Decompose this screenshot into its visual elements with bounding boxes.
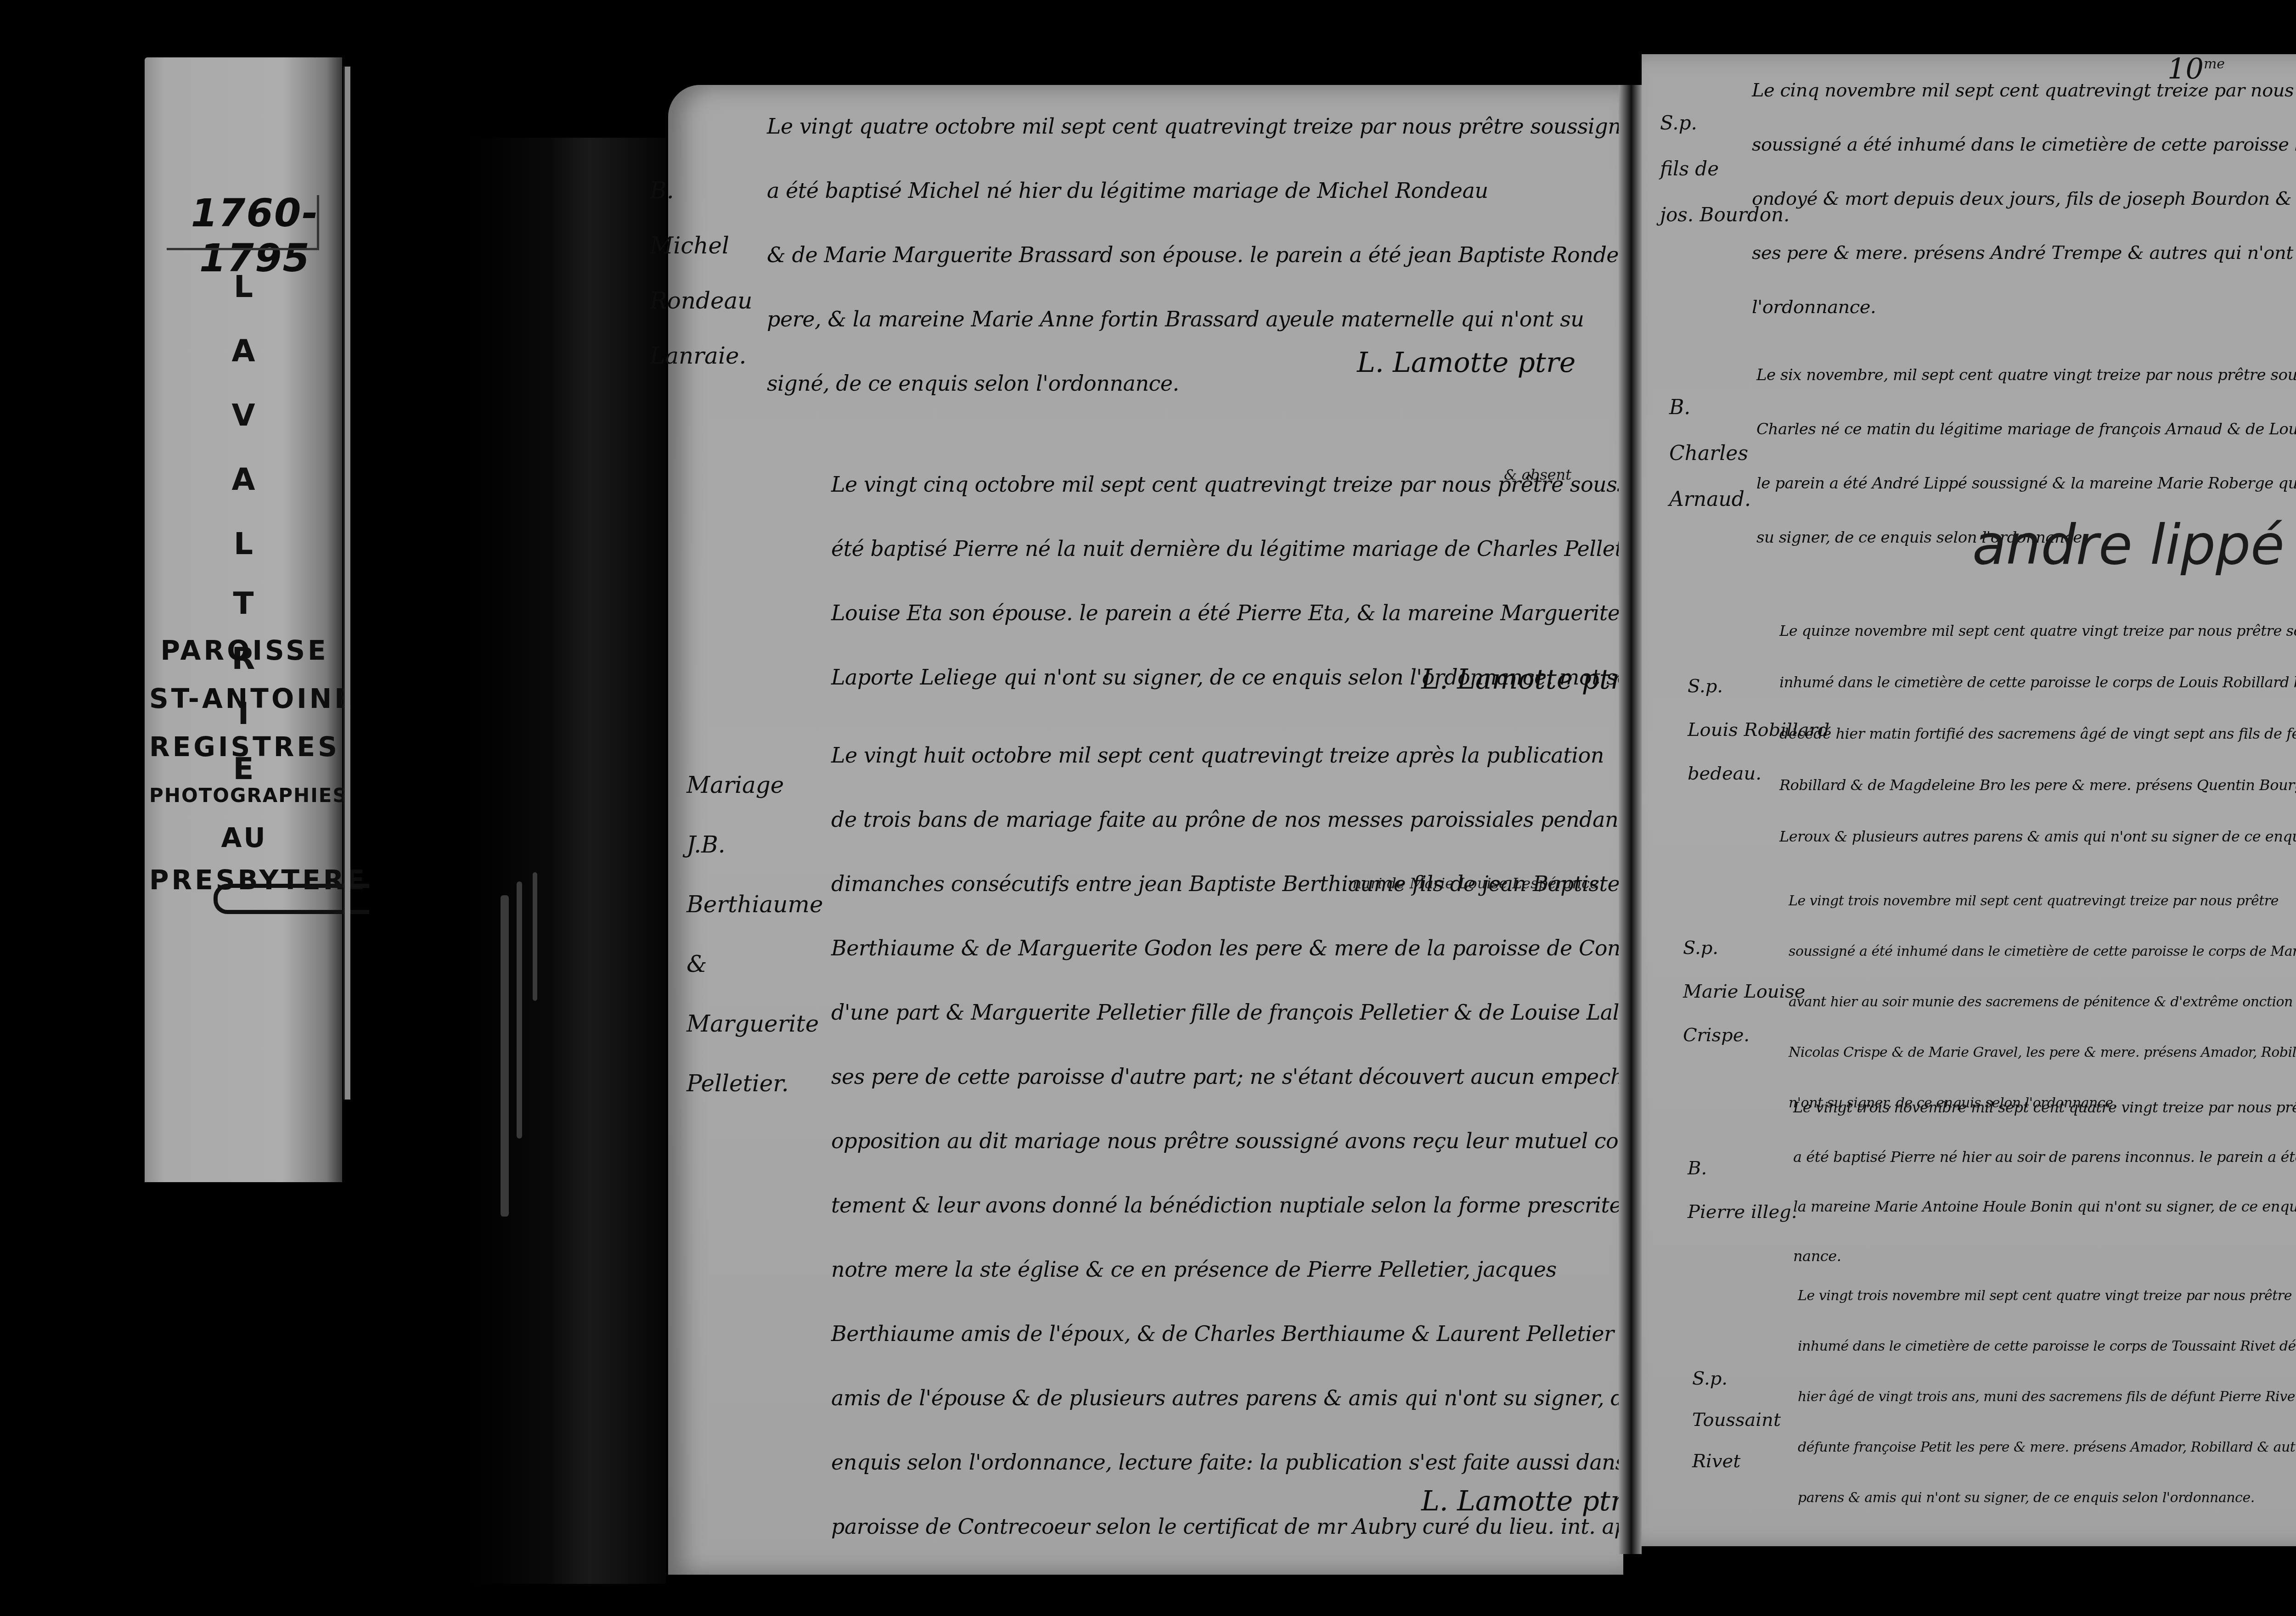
left-page: B. Michel Rondeau Lanraie. Le vingt quat… bbox=[668, 85, 1623, 1575]
spine-caption-line: AU bbox=[149, 819, 340, 856]
margin-note: B. Michel Rondeau Lanraie. bbox=[650, 163, 753, 383]
entry-line: soussigné a été inhumé dans le cimetière… bbox=[1752, 118, 2296, 172]
entry-line: Le vingt huit octobre mil sept cent quat… bbox=[831, 723, 1716, 787]
entry-line: parens & amis qui n'ont su signer, de ce… bbox=[1798, 1473, 2296, 1523]
entry-line: Le quinze novembre mil sept cent quatre … bbox=[1779, 605, 2296, 656]
entry-line: pere, & la mareine Marie Anne fortin Bra… bbox=[767, 287, 1644, 351]
margin-note-line: Marguerite bbox=[687, 994, 823, 1054]
spine-caption-line: PAROISSE bbox=[149, 627, 340, 675]
margin-note-line: Mariage bbox=[687, 755, 823, 815]
entry-line: a été baptisé Michel né hier du légitime… bbox=[767, 158, 1644, 223]
spine-letter: L bbox=[227, 512, 259, 576]
margin-note: Mariage J.B. Berthiaume & Marguerite Pel… bbox=[687, 755, 823, 1113]
entry-line: Le six novembre, mil sept cent quatre vi… bbox=[1756, 348, 2296, 402]
margin-note-line: Crispe. bbox=[1683, 1014, 1806, 1057]
margin-note-line: & bbox=[687, 934, 823, 994]
register-entry: Le quinze novembre mil sept cent quatre … bbox=[1779, 605, 2296, 862]
binding-thread bbox=[501, 895, 509, 1217]
margin-note-line: S.p. bbox=[1692, 1358, 1781, 1399]
entry-line: inhumé dans le cimetière de cette parois… bbox=[1798, 1321, 2296, 1372]
entry-line: de trois bans de mariage faite au prône … bbox=[831, 787, 1716, 852]
entry-line: inhumé dans le cimetière de cette parois… bbox=[1779, 656, 2296, 708]
margin-note-line: Marie Louise bbox=[1683, 970, 1806, 1014]
spine-letter: L bbox=[227, 255, 259, 319]
spine-caption: PAROISSE ST-ANTOINE REGISTRES PHOTOGRAPH… bbox=[149, 627, 340, 904]
spine-letter: T bbox=[227, 576, 259, 631]
spine-letter: A bbox=[227, 319, 259, 383]
entry-line: décédé hier matin fortifié des sacremens… bbox=[1779, 708, 2296, 759]
entry-line: ses pere de cette paroisse d'autre part;… bbox=[831, 1044, 1716, 1109]
margin-note-line: Pelletier. bbox=[687, 1054, 823, 1113]
entry-line: Robillard & de Magdeleine Bro les pere &… bbox=[1779, 759, 2296, 811]
spine-letter: A bbox=[227, 448, 259, 512]
entry-line: notre mere la ste église & ce en présenc… bbox=[831, 1237, 1716, 1302]
book-binding bbox=[473, 138, 666, 1584]
entry-line: Le cinq novembre mil sept cent quatrevin… bbox=[1752, 63, 2296, 118]
spine-letter: V bbox=[227, 383, 259, 448]
spine-place-name: L A V A L bbox=[227, 255, 259, 576]
years-box: 1760-1795 bbox=[154, 57, 331, 250]
spine-edge bbox=[343, 67, 350, 1100]
entry-line: été baptisé Pierre né la nuit dernière d… bbox=[831, 516, 1717, 581]
divider bbox=[317, 195, 319, 250]
entry-line: opposition au dit mariage nous prêtre so… bbox=[831, 1109, 1716, 1173]
entry-line: tement & leur avons donné la bénédiction… bbox=[831, 1173, 1716, 1237]
margin-note-line: Arnaud. bbox=[1669, 477, 1751, 522]
margin-note-line: Michel bbox=[650, 218, 753, 273]
witness-signature: andre lippé bbox=[1972, 513, 2285, 577]
entry-line: Berthiaume & de Marguerite Godon les per… bbox=[831, 916, 1716, 980]
page-gutter bbox=[1619, 85, 1642, 1554]
register-entry: Le vingt trois novembre mil sept cent qu… bbox=[1798, 1271, 2296, 1523]
entry-line: Le vingt cinq octobre mil sept cent quat… bbox=[831, 452, 1717, 516]
entry-line: d'une part & Marguerite Pelletier fille … bbox=[831, 980, 1716, 1044]
margin-note: B. Charles Arnaud. bbox=[1669, 385, 1751, 522]
entry-line: Le vingt quatre octobre mil sept cent qu… bbox=[767, 94, 1644, 158]
margin-note-line: S.p. bbox=[1683, 926, 1806, 970]
entry-line: Le vingt trois novembre mil sept cent qu… bbox=[1793, 1083, 2296, 1132]
margin-note: S.p. Toussaint Rivet bbox=[1692, 1358, 1781, 1482]
entry-line: Le vingt trois novembre mil sept cent qu… bbox=[1789, 876, 2296, 926]
margin-note-line: B. bbox=[1688, 1147, 1797, 1190]
entry-line: défunte françoise Petit les pere & mere.… bbox=[1798, 1422, 2296, 1473]
margin-note-line: Pierre illeg. bbox=[1688, 1190, 1797, 1234]
margin-note-line: B. bbox=[650, 163, 753, 218]
binding-thread bbox=[517, 881, 522, 1139]
entry-line: le parein a été André Lippé soussigné & … bbox=[1756, 456, 2296, 511]
spine-caption-line: PHOTOGRAPHIES bbox=[149, 771, 340, 819]
entry-line: l'ordonnance. bbox=[1752, 280, 2296, 334]
entry-line: & de Marie Marguerite Brassard son épous… bbox=[767, 223, 1644, 287]
spine-caption-line: REGISTRES bbox=[149, 723, 340, 771]
register-entry: Le cinq novembre mil sept cent quatrevin… bbox=[1752, 63, 2296, 334]
spine-label: 1760-1795 L A V A L T R I E PAROISSE ST-… bbox=[145, 57, 342, 1182]
margin-note: B. Pierre illeg. bbox=[1688, 1147, 1797, 1234]
entry-line: Berthiaume amis de l'époux, & de Charles… bbox=[831, 1302, 1716, 1366]
priest-signature: L. Lamotte ptre bbox=[1421, 1485, 1640, 1517]
margin-note-line: Rondeau bbox=[650, 273, 753, 328]
entry-line: a été baptisé Pierre né hier au soir de … bbox=[1793, 1132, 2296, 1182]
margin-note-line: Berthiaume bbox=[687, 875, 823, 934]
priest-signature: L. Lamotte ptre bbox=[1421, 663, 1640, 696]
divider bbox=[167, 248, 319, 250]
entry-line: Louise Eta son épouse. le parein a été P… bbox=[831, 581, 1717, 645]
entry-line: Leroux & plusieurs autres parens & amis … bbox=[1779, 811, 2296, 862]
right-page: 10me S.p. fils de jos. Bourdon. Le cinq … bbox=[1642, 54, 2296, 1546]
entry-line: Charles né ce matin du légitime mariage … bbox=[1756, 402, 2296, 456]
entry-line: enquis selon l'ordonnance, lecture faite… bbox=[831, 1430, 1716, 1494]
margin-note-line: Charles bbox=[1669, 431, 1751, 477]
entry-line: ses pere & mere. présens André Trempe & … bbox=[1752, 226, 2296, 280]
margin-note-line: J.B. bbox=[687, 815, 823, 875]
entry-line: hier âgé de vingt trois ans, muni des sa… bbox=[1798, 1372, 2296, 1422]
entry-line: la mareine Marie Antoine Houle Bonin qui… bbox=[1793, 1182, 2296, 1231]
entry-line: amis de l'épouse & de plusieurs autres p… bbox=[831, 1366, 1716, 1430]
margin-note: S.p. Marie Louise Crispe. bbox=[1683, 926, 1806, 1057]
entry-line: ondoyé & mort depuis deux jours, fils de… bbox=[1752, 172, 2296, 226]
entry-line: Nicolas Crispe & de Marie Gravel, les pe… bbox=[1789, 1027, 2296, 1078]
register-entry: Le vingt huit octobre mil sept cent quat… bbox=[831, 723, 1716, 1559]
entry-line: soussigné a été inhumé dans le cimetière… bbox=[1789, 926, 2296, 977]
margin-note-line: Toussaint bbox=[1692, 1399, 1781, 1441]
binding-thread bbox=[533, 872, 537, 1001]
margin-note-line: Lanraie. bbox=[650, 328, 753, 383]
margin-note-line: Rivet bbox=[1692, 1441, 1781, 1482]
entry-line: avant hier au soir munie des sacremens d… bbox=[1789, 977, 2296, 1027]
entry-line: Le vingt trois novembre mil sept cent qu… bbox=[1798, 1271, 2296, 1321]
entry-line: dimanches consécutifs entre jean Baptist… bbox=[831, 852, 1716, 916]
priest-signature: L. Lamotte ptre bbox=[1357, 347, 1576, 379]
spine-caption-line: ST-ANTOINE bbox=[149, 675, 340, 723]
register-entry: Le vingt trois novembre mil sept cent qu… bbox=[1793, 1083, 2296, 1281]
margin-note-line: B. bbox=[1669, 385, 1751, 431]
